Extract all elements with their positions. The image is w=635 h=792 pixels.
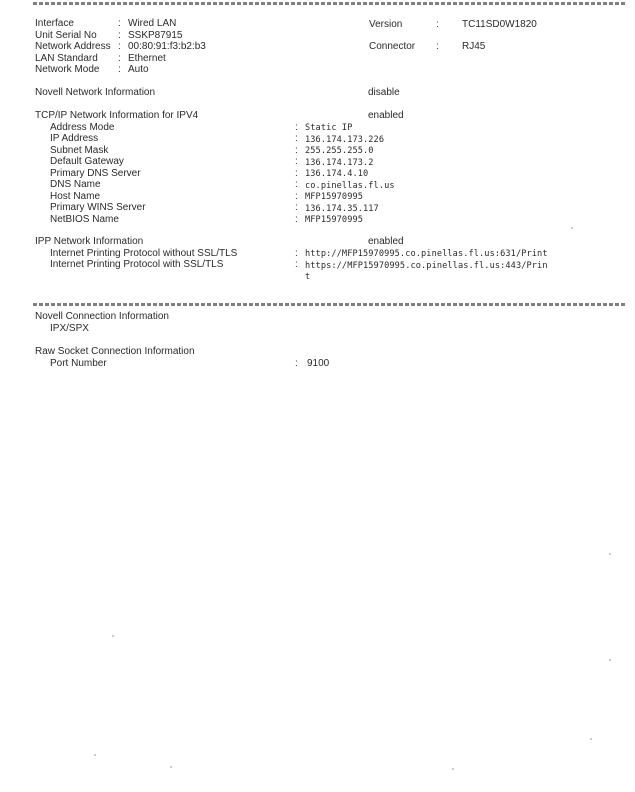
colon: :: [295, 248, 298, 260]
colon: :: [295, 122, 298, 134]
version-label: Version: [369, 19, 402, 31]
tcpip-row-value: 136.174.173.226: [305, 134, 384, 146]
network-address-label: Network Address: [35, 41, 111, 53]
ipp-ssl-url: https://MFP15970995.co.pinellas.fl.us:44…: [305, 260, 548, 272]
colon: :: [295, 168, 298, 180]
colon: :: [436, 41, 439, 53]
novell-network-status: disable: [368, 87, 400, 99]
tcpip-row-value: 255.255.255.0: [305, 145, 374, 157]
tcpip-status: enabled: [368, 110, 404, 122]
tcpip-row-label: Default Gateway: [50, 156, 124, 168]
colon: :: [118, 18, 121, 30]
connector-value: RJ45: [462, 41, 485, 53]
tcpip-row-label: Subnet Mask: [50, 145, 108, 157]
version-value: TC11SD0W1820: [462, 19, 537, 31]
tcpip-row-value: 136.174.173.2: [305, 157, 374, 169]
colon: :: [295, 358, 298, 370]
novell-connection-title: Novell Connection Information: [35, 311, 169, 323]
tcpip-row-label: NetBIOS Name: [50, 214, 119, 226]
tcpip-row-label: IP Address: [50, 133, 98, 145]
colon: :: [295, 191, 298, 203]
ipp-ssl-label: Internet Printing Protocol with SSL/TLS: [50, 259, 223, 271]
colon: :: [118, 64, 121, 76]
ipp-no-ssl-url: http://MFP15970995.co.pinellas.fl.us:631…: [305, 248, 548, 260]
ipp-ssl-url-wrap: t: [305, 271, 310, 283]
raw-socket-title: Raw Socket Connection Information: [35, 346, 195, 358]
tcpip-row-value: MFP15970995: [305, 214, 363, 226]
colon: :: [295, 156, 298, 168]
colon: :: [118, 41, 121, 53]
interface-label: Interface: [35, 18, 74, 30]
tcpip-row-value: co.pinellas.fl.us: [305, 180, 395, 192]
colon: :: [295, 133, 298, 145]
ipp-title: IPP Network Information: [35, 236, 143, 248]
tcpip-row-label: DNS Name: [50, 179, 101, 191]
tcpip-row-value: Static IP: [305, 122, 352, 134]
unit-serial-label: Unit Serial No: [35, 30, 97, 42]
port-number-value: 9100: [307, 358, 329, 370]
novell-connection-item: IPX/SPX: [50, 323, 89, 335]
network-address-value: 00:80:91:f3:b2:b3: [128, 41, 206, 53]
novell-network-title: Novell Network Information: [35, 87, 155, 99]
tcpip-row-label: Address Mode: [50, 122, 114, 134]
middle-separator: [33, 303, 627, 306]
ipp-status: enabled: [368, 236, 404, 248]
tcpip-row-value: 136.174.35.117: [305, 203, 379, 215]
top-separator: [33, 2, 627, 5]
colon: :: [295, 214, 298, 226]
colon: :: [118, 53, 121, 65]
network-mode-value: Auto: [128, 64, 149, 76]
interface-value: Wired LAN: [128, 18, 176, 30]
connector-label: Connector: [369, 41, 415, 53]
colon: :: [295, 145, 298, 157]
network-mode-label: Network Mode: [35, 64, 99, 76]
tcpip-row-value: 136.174.4.10: [305, 168, 368, 180]
port-number-label: Port Number: [50, 358, 107, 370]
tcpip-row-label: Primary DNS Server: [50, 168, 141, 180]
colon: :: [295, 202, 298, 214]
unit-serial-value: SSKP87915: [128, 30, 183, 42]
ipp-no-ssl-label: Internet Printing Protocol without SSL/T…: [50, 248, 237, 260]
tcpip-row-value: MFP15970995: [305, 191, 363, 203]
tcpip-row-label: Host Name: [50, 191, 100, 203]
lan-standard-value: Ethernet: [128, 53, 166, 65]
colon: :: [118, 30, 121, 42]
colon: :: [295, 259, 298, 271]
colon: :: [436, 19, 439, 31]
tcpip-title: TCP/IP Network Information for IPV4: [35, 110, 198, 122]
tcpip-row-label: Primary WINS Server: [50, 202, 146, 214]
colon: :: [295, 179, 298, 191]
lan-standard-label: LAN Standard: [35, 53, 98, 65]
